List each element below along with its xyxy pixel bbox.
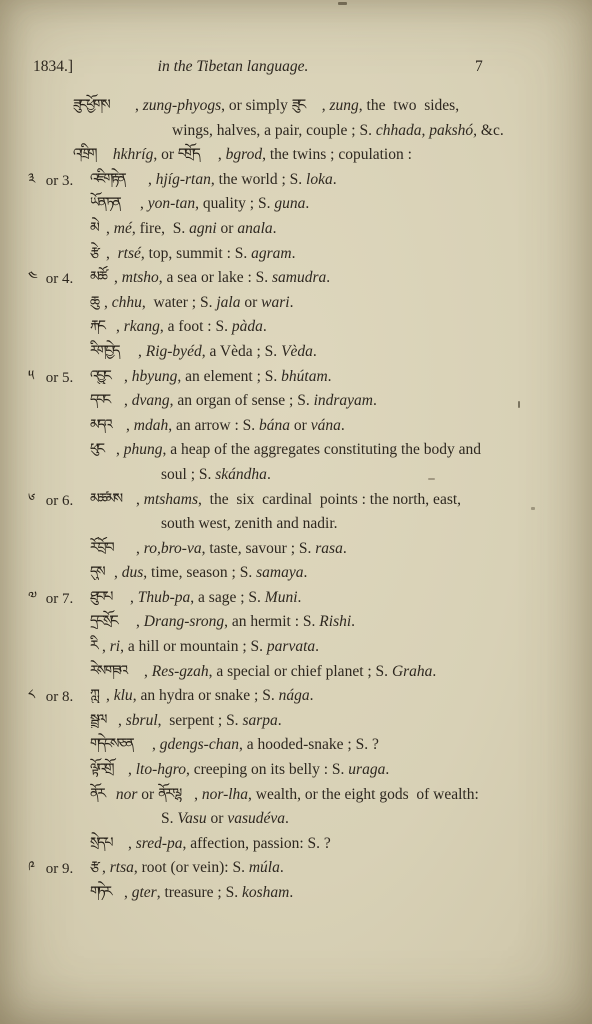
text-segment: sarpa [242, 712, 277, 729]
text-segment: , fire, S. [132, 220, 189, 237]
tibetan-numeral: ༨ [28, 684, 42, 703]
text-segment: ro,bro-va [144, 540, 202, 557]
text-segment: , root (or vein): S. [134, 859, 249, 876]
entry-line: wings, halves, a pair, couple ; S. chhad… [172, 119, 552, 144]
text-segment: lto-hgro [136, 761, 186, 778]
text-segment: , [116, 318, 124, 335]
text-segment: , a Vèda ; S. [202, 343, 281, 360]
section-number-text: or 4. [46, 271, 74, 287]
entry-line: ༩ or 9.རྩ, rtsa, root (or vein): S. múla… [90, 856, 552, 881]
text-segment: &c. [477, 122, 504, 139]
tibetan-word: ཟུང [292, 94, 322, 113]
text-segment: soul ; S. [161, 466, 215, 483]
text-segment: klu [114, 687, 133, 704]
tibetan-word: དྲང་སྲོང [90, 610, 136, 629]
text-segment: . [310, 687, 314, 704]
scan-speck [338, 2, 347, 5]
text-segment: wings, halves, a pair, couple ; S. [172, 122, 376, 139]
text-segment: . [278, 712, 282, 729]
tibetan-word: ནོར་ལྷ [158, 783, 194, 802]
text-segment: , a sea or lake : S. [159, 269, 272, 286]
text-segment: . [263, 318, 267, 335]
section-number-label: ༥ or 5. [28, 365, 73, 391]
text-segment: mtsho [122, 269, 159, 286]
text-segment: . [303, 564, 307, 581]
text-segment: nor-lha [202, 786, 248, 803]
text-segment: , [116, 441, 124, 458]
text-segment: , [140, 195, 148, 212]
section-number-label: ༨ or 8. [28, 684, 73, 710]
text-segment: mtshams [144, 491, 198, 508]
text-segment: . [313, 343, 317, 360]
tibetan-word: ལྟོ་འགྲོ [90, 758, 128, 777]
entry-line: soul ; S. skándha. [161, 463, 552, 488]
tibetan-word: ནོར [90, 783, 112, 802]
text-segment: , a foot : S. [160, 318, 232, 335]
section-number-text: or 8. [46, 689, 74, 705]
text-segment: , serpent ; S. [158, 712, 243, 729]
text-segment: , [114, 269, 122, 286]
entry-line: རྩེ, rtsé, top, summit : S. agram. [90, 242, 552, 267]
tibetan-numeral: ༣ [28, 168, 42, 187]
entry-line: མེ, mé, fire, S. agni or anala. [90, 217, 552, 242]
text-segment: loka [306, 171, 333, 188]
text-segment: Rig-byéd [146, 343, 202, 360]
header-year: 1834.] [33, 57, 73, 77]
text-segment: , [136, 491, 144, 508]
text-segment: , treasure ; S. [157, 884, 242, 901]
entry-line: རོ་བྲོ་བ, ro,bro-va, taste, savour ; S. … [90, 537, 552, 562]
entry-line: དྲང་སྲོང, Drang-srong, an hermit : S. Ri… [90, 610, 552, 635]
text-segment: gdengs-chan [160, 736, 239, 753]
page-header: 1834.] in the Tibetan language. 7 [0, 57, 592, 77]
text-segment: , [106, 245, 118, 262]
text-segment: south west, zenith and nadir. [161, 515, 338, 532]
tibetan-numeral: ༦ [28, 488, 42, 507]
text-segment: . [326, 269, 330, 286]
text-segment: skándha [215, 466, 267, 483]
text-segment: mdah [134, 417, 168, 434]
entry-line: south west, zenith and nadir. [161, 512, 552, 537]
text-segment: uraga [348, 761, 385, 778]
entry-line: སྲེད་པ, sred-pa, affection, passion: S. … [90, 832, 552, 857]
tibetan-word: རི [90, 635, 102, 654]
tibetan-word: རྩེ [90, 242, 106, 261]
text-segment: sbrul [126, 712, 158, 729]
section-number-text: or 5. [46, 370, 74, 386]
text-segment: samudra [272, 269, 326, 286]
text-segment: Res-gzah [152, 663, 209, 680]
text-segment: rkang [124, 318, 160, 335]
text-segment: , [128, 835, 136, 852]
text-segment: , or simply [221, 97, 292, 114]
tibetan-word: སྦྲུལ [90, 709, 118, 728]
text-segment: Drang-srong [144, 613, 224, 630]
text-segment: Muni [265, 589, 298, 606]
text-segment: , [128, 761, 136, 778]
text-segment: , a hill or mountain ; S. [120, 638, 267, 655]
text-segment: agni [189, 220, 217, 237]
text-segment: , top, summit : S. [141, 245, 251, 262]
entry-line: ལྟོ་འགྲོ, lto-hgro, creeping on its bell… [90, 758, 552, 783]
text-segment: zung-phyogs [143, 97, 221, 114]
text-segment: , water ; S. [142, 294, 216, 311]
text-segment: ri [110, 638, 120, 655]
text-segment: nor [116, 786, 138, 803]
text-segment: , wealth, or the eight gods of wealth: [248, 786, 479, 803]
page-number: 7 [475, 57, 483, 77]
text-segment: gter [132, 884, 157, 901]
entry-line: མདའ, mdah, an arrow : S. bána or vána. [90, 414, 552, 439]
text-segment: kosham [242, 884, 289, 901]
text-segment: , a hooded-snake ; S. ? [239, 736, 379, 753]
tibetan-word: ཕུང [90, 438, 116, 457]
entry-line: ༦ or 6.མཚམས, mtshams, the six cardinal p… [90, 488, 552, 513]
text-segment: . [267, 466, 271, 483]
text-segment: , [194, 786, 202, 803]
text-segment: , an element ; S. [177, 368, 281, 385]
text-segment: , quality ; S. [195, 195, 274, 212]
tibetan-word: གདེངས་ཅན [90, 733, 152, 752]
entry-line: གཏེར, gter, treasure ; S. kosham. [90, 881, 552, 906]
text-segment: , [104, 294, 112, 311]
text-segment: , an arrow : S. [168, 417, 259, 434]
tibetan-word: འཇིག་རྟེན [90, 168, 148, 187]
text-segment: , [138, 343, 146, 360]
text-segment: , the six cardinal points : the north, e… [198, 491, 461, 508]
text-segment: , [124, 884, 132, 901]
tibetan-word: མདའ [90, 414, 126, 433]
entry-line: ཕུང, phung, a heap of the aggregates con… [90, 438, 552, 463]
entry-line: S. Vasu or vasudéva. [161, 807, 552, 832]
text-segment: zung [329, 97, 358, 114]
entry-line: ༧ or 7.ཐུབ་པ, Thub-pa, a sage ; S. Muni. [90, 586, 552, 611]
text-segment: . [385, 761, 389, 778]
text-segment: , creeping on its belly : S. [186, 761, 348, 778]
tibetan-numeral: ༤ [28, 266, 42, 285]
text-segment: , [106, 220, 114, 237]
text-segment: wari [261, 294, 289, 311]
text-segment: . [290, 294, 294, 311]
tibetan-word: ཐུབ་པ [90, 586, 130, 605]
text-segment: , [124, 368, 132, 385]
text-segment: , [136, 540, 144, 557]
text-segment: , a sage ; S. [190, 589, 264, 606]
text-segment: Vèda [281, 343, 313, 360]
entry-list: ཟུང་ཕྱོགས, zung-phyogs, or simply ཟུང, z… [0, 94, 592, 906]
text-segment: . [292, 245, 296, 262]
tibetan-word: ཟུང་ཕྱོགས [73, 94, 135, 113]
scanned-page: 1834.] in the Tibetan language. 7 ཟུང་ཕྱ… [0, 0, 592, 1024]
tibetan-word: མེ [90, 217, 106, 236]
text-segment: bgrod [226, 146, 262, 163]
section-number-label: ༦ or 6. [28, 488, 73, 514]
tibetan-word: རེས་གཟའ [90, 660, 144, 679]
text-segment: , [126, 417, 134, 434]
entry-line: ༤ or 4.མཚོ, mtsho, a sea or lake : S. sa… [90, 266, 552, 291]
text-segment: , [102, 638, 110, 655]
text-segment: mé [114, 220, 132, 237]
text-segment: chhada, pakshó, [376, 122, 477, 139]
tibetan-word: སྲེད་པ [90, 832, 128, 851]
text-segment: , [148, 171, 156, 188]
section-number-label: ༣ or 3. [28, 168, 73, 194]
entry-line: ཟུང་ཕྱོགས, zung-phyogs, or simply ཟུང, z… [73, 94, 552, 119]
text-segment: Vasu [177, 810, 206, 827]
text-segment: , [106, 687, 114, 704]
text-segment: . [289, 884, 293, 901]
text-segment: or [217, 220, 238, 237]
tibetan-word: ཡོན་ཏན [90, 192, 140, 211]
tibetan-word: རིག་བྱེད [90, 340, 138, 359]
text-segment: guna [274, 195, 305, 212]
text-segment: agram [251, 245, 291, 262]
tibetan-word: མཚམས [90, 488, 136, 507]
text-segment: . [343, 540, 347, 557]
section-number-label: ༤ or 4. [28, 266, 73, 292]
text-segment: S. [161, 810, 177, 827]
text-segment: , [102, 859, 110, 876]
text-segment: Thub-pa [138, 589, 191, 606]
text-segment: Graha [392, 663, 432, 680]
text-segment: , [144, 663, 152, 680]
text-segment: . [328, 368, 332, 385]
text-segment: . [273, 220, 277, 237]
text-segment: phung [124, 441, 163, 458]
entry-line: ༣ or 3.འཇིག་རྟེན, hjíg-rtan, the world ;… [90, 168, 552, 193]
text-segment: bhútam [281, 368, 328, 385]
section-number-text: or 7. [46, 591, 74, 607]
tibetan-word: གཏེར [90, 881, 124, 900]
entry-line: སྦྲུལ, sbrul, serpent ; S. sarpa. [90, 709, 552, 734]
text-segment: , time, season ; S. [143, 564, 256, 581]
text-segment: , a heap of the aggregates constituting … [163, 441, 482, 458]
text-segment: or [290, 417, 311, 434]
text-segment: . [373, 392, 377, 409]
text-segment: , affection, passion: S. ? [183, 835, 331, 852]
text-segment: hjíg-rtan [156, 171, 211, 188]
tibetan-word: དུས [90, 561, 114, 580]
entry-line: རིག་བྱེད, Rig-byéd, a Vèda ; S. Vèda. [90, 340, 552, 365]
entry-line: དུས, dus, time, season ; S. samaya. [90, 561, 552, 586]
text-segment: , [135, 97, 143, 114]
text-segment: , the twins ; copulation : [262, 146, 412, 163]
text-segment: , the world ; S. [211, 171, 306, 188]
text-segment: , [114, 564, 122, 581]
text-segment: , an organ of sense ; S. [170, 392, 314, 409]
text-segment: nága [279, 687, 310, 704]
text-segment: bána [259, 417, 290, 434]
text-segment: , an hermit : S. [224, 613, 319, 630]
tibetan-numeral: ༥ [28, 365, 42, 384]
text-segment: sred-pa [136, 835, 183, 852]
text-segment: . [298, 589, 302, 606]
text-segment: . [341, 417, 345, 434]
running-title: in the Tibetan language. [158, 57, 309, 77]
tibetan-word: འཁྲིག [73, 143, 109, 162]
text-segment: or [137, 786, 158, 803]
tibetan-word: རྩ [90, 856, 102, 875]
entry-line: དབང, dvang, an organ of sense ; S. indra… [90, 389, 552, 414]
entry-line: ཆུ, chhu, water ; S. jala or wari. [90, 291, 552, 316]
tibetan-word: ཀླུ [90, 684, 106, 703]
entry-line: ༨ or 8.ཀླུ, klu, an hydra or snake ; S. … [90, 684, 552, 709]
text-segment: vasudéva [227, 810, 285, 827]
text-segment: . [333, 171, 337, 188]
text-segment: rtsa [110, 859, 134, 876]
tibetan-word: དབང [90, 389, 124, 408]
text-segment: rasa [315, 540, 343, 557]
entry-line: རྐང, rkang, a foot : S. pàda. [90, 315, 552, 340]
tibetan-word: རྐང [90, 315, 116, 334]
text-segment: . [432, 663, 436, 680]
text-segment: . [280, 859, 284, 876]
text-segment: dus [122, 564, 144, 581]
text-segment: vána [311, 417, 341, 434]
text-segment: . [305, 195, 309, 212]
text-segment: hkhríg [113, 146, 153, 163]
tibetan-word: བགྲོད [178, 143, 218, 162]
text-segment: , the two sides, [359, 97, 459, 114]
text-segment: pàda [232, 318, 263, 335]
text-segment: , [136, 613, 144, 630]
entry-line: ཡོན་ཏན, yon-tan, quality ; S. guna. [90, 192, 552, 217]
section-number-text: or 6. [46, 493, 74, 509]
text-segment: múla [249, 859, 280, 876]
entry-line: ནོར nor or ནོར་ལྷ, nor-lha, wealth, or t… [90, 783, 552, 808]
text-segment: , [124, 392, 132, 409]
tibetan-word: རོ་བྲོ་བ [90, 537, 136, 556]
entry-line: གདེངས་ཅན, gdengs-chan, a hooded-snake ; … [90, 733, 552, 758]
text-segment: , [152, 736, 160, 753]
text-segment: , [118, 712, 126, 729]
text-segment: , [218, 146, 226, 163]
text-segment: rtsé [118, 245, 141, 262]
text-segment: hbyung [132, 368, 178, 385]
text-segment: samaya [256, 564, 303, 581]
text-segment: , an hydra or snake ; S. [133, 687, 279, 704]
text-segment: chhu [112, 294, 142, 311]
entry-line: ༥ or 5.འབྱུང, hbyung, an element ; S. bh… [90, 365, 552, 390]
entry-line: འཁྲིག hkhríg, or བགྲོད, bgrod, the twins… [73, 143, 552, 168]
text-segment: Rishi [319, 613, 351, 630]
entry-line: རི, ri, a hill or mountain ; S. parvata. [90, 635, 552, 660]
tibetan-numeral: ༩ [28, 856, 42, 875]
section-number-label: ༩ or 9. [28, 856, 73, 882]
text-segment: , a special or chief planet ; S. [209, 663, 392, 680]
tibetan-word: འབྱུང [90, 365, 124, 384]
text-segment: or [241, 294, 262, 311]
tibetan-numeral: ༧ [28, 586, 42, 605]
entry-line: རེས་གཟའ, Res-gzah, a special or chief pl… [90, 660, 552, 685]
text-segment: yon-tan [148, 195, 195, 212]
text-segment: , or [153, 146, 178, 163]
section-number-text: or 3. [46, 173, 74, 189]
text-segment: , taste, savour ; S. [202, 540, 316, 557]
section-number-text: or 9. [46, 861, 74, 877]
text-segment: . [315, 638, 319, 655]
text-segment: . [351, 613, 355, 630]
text-segment: jala [216, 294, 240, 311]
text-segment: dvang [132, 392, 170, 409]
text-segment: parvata [267, 638, 315, 655]
tibetan-word: མཚོ [90, 266, 114, 285]
tibetan-word: ཆུ [90, 291, 104, 310]
text-segment: . [285, 810, 289, 827]
text-segment: or [207, 810, 228, 827]
text-segment: indrayam [314, 392, 373, 409]
text-segment: , [130, 589, 138, 606]
section-number-label: ༧ or 7. [28, 586, 73, 612]
text-segment: anala [237, 220, 272, 237]
